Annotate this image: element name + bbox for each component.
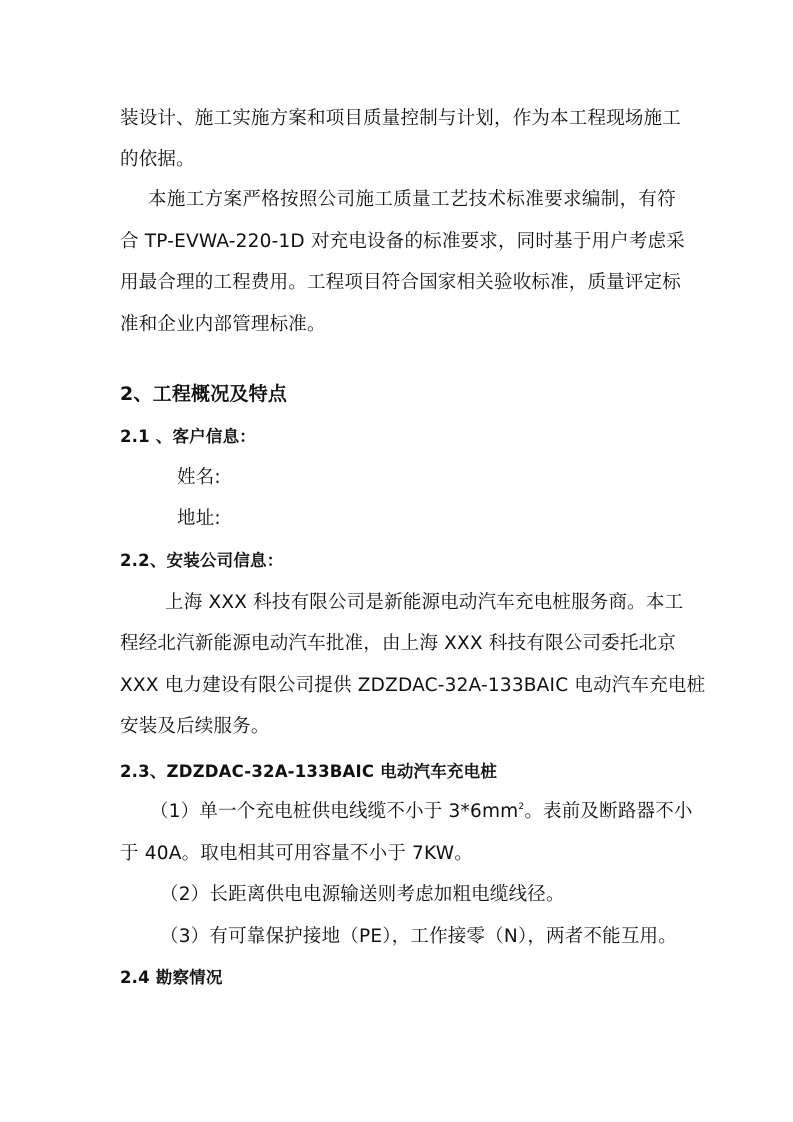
list-item-3: （3）有可靠保护接地（PE），工作接零（N），两者不能互用。 (160, 925, 677, 949)
list-item-1: （1）单一个充电桩供电线缆不小于 3*6mm2。表前及断路器不小 (150, 800, 676, 824)
body-text-line: 安装及后续服务。 (120, 715, 270, 739)
customer-address-label: 地址: (177, 507, 221, 531)
subsection-heading: 2.2、安装公司信息： (120, 549, 283, 573)
section-heading: 2、工程概况及特点 (120, 382, 287, 406)
body-text-line: 装设计、施工实施方案和项目质量控制与计划，作为本工程现场施工 (120, 107, 676, 131)
customer-name-label: 姓名: (177, 466, 221, 490)
body-text-line: 合 TP-EVWA-220-1D 对充电设备的标准要求，同时基于用户考虑采 (120, 230, 676, 254)
body-text-line: 上海 XXX 科技有限公司是新能源电动汽车充电桩服务商。本工 (165, 591, 676, 615)
body-text-line: 本施工方案严格按照公司施工质量工艺技术标准要求编制，有符 (148, 188, 676, 212)
body-text-line: 的依据。 (120, 148, 195, 172)
list-item-text: 于 40A。取电相其可用容量不小于 7KW。 (120, 842, 473, 866)
list-item-2: （2）长距离供电电源输送则考虑加粗电缆线径。 (160, 883, 565, 907)
list-item-text: 。表前及断路器不小 (524, 801, 692, 822)
body-text-line: 程经北汽新能源电动汽车批准，由上海 XXX 科技有限公司委托北京 (120, 632, 676, 656)
list-item-text: （1）单一个充电桩供电线缆不小于 3*6mm (150, 801, 518, 822)
body-text-line: XXX 电力建设有限公司提供 ZDZDAC-32A-133BAIC 电动汽车充电… (120, 674, 676, 698)
body-text-line: 准和企业内部管理标准。 (120, 313, 326, 337)
body-text-line: 用最合理的工程费用。工程项目符合国家相关验收标准，质量评定标 (120, 271, 676, 295)
subsection-heading: 2.3、ZDZDAC-32A-133BAIC 电动汽车充电桩 (120, 760, 497, 784)
subsection-heading: 2.4 勘察情况 (120, 966, 223, 990)
subsection-heading: 2.1 、客户信息： (120, 425, 256, 449)
